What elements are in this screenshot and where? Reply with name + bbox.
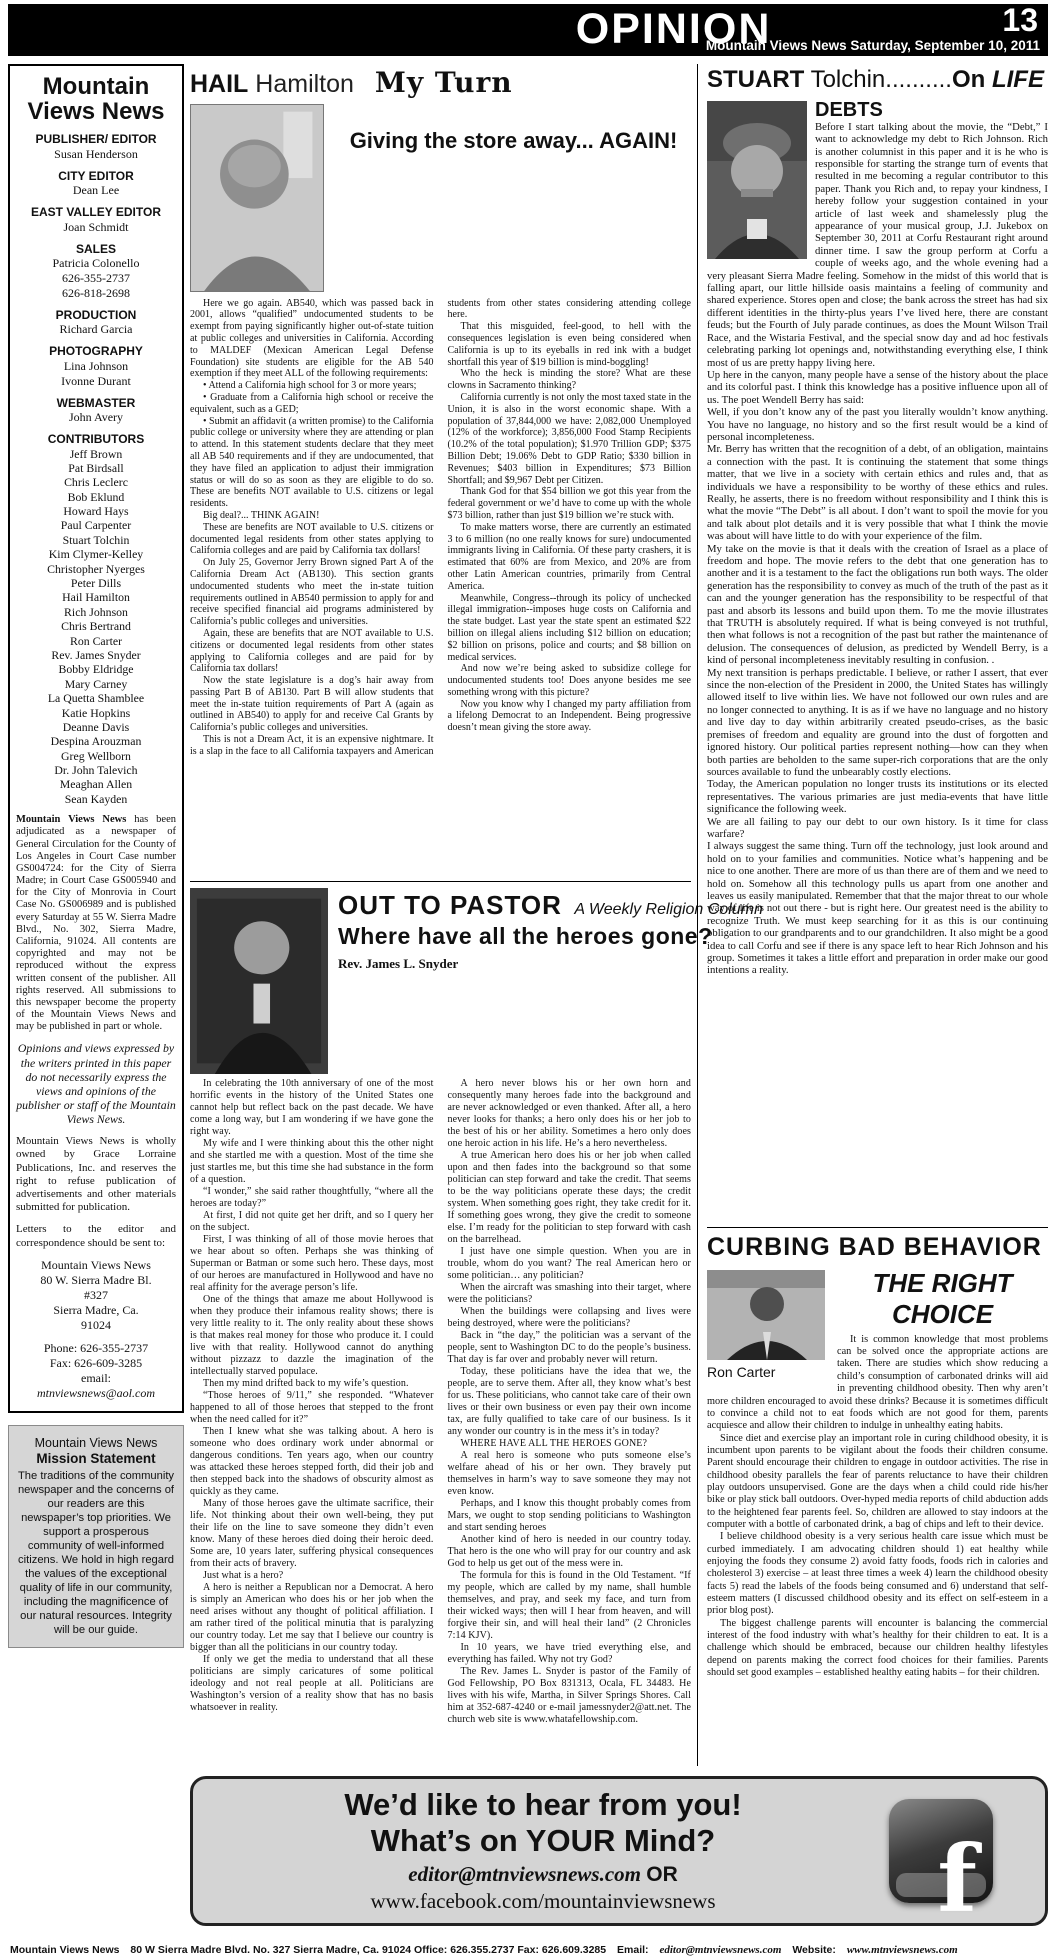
paragraph: La Quetta Shamblee [16,691,176,705]
columns-row: HAIL Hamilton My Turn [190,64,1048,1766]
paragraph: Dean Lee [16,183,176,198]
paragraph: Peter Dills [16,576,176,590]
sidebar: Mountain Views News PUBLISHER/ EDITOR Su… [8,64,184,1926]
paragraph: Greg Wellborn [16,749,176,763]
my-turn-header: Giving the store away... AGAIN! [190,104,691,292]
staff-role: CONTRIBUTORS [16,432,176,446]
paragraph: Chris Bertrand [16,619,176,633]
portrait-placeholder [707,101,807,259]
paragraph: I believe childhood obesity is a very se… [707,1531,1048,1617]
paragraph: Sean Kayden [16,792,176,806]
paragraph: In 10 years, we have tried everything el… [448,1642,692,1666]
staff-names: Dean Lee [16,183,176,198]
newspaper-page: OPINION 13 Mountain Views News Saturday,… [0,0,1056,1958]
paragraph: That this misguided, feel-good, to hell … [448,321,692,368]
paragraph: Rev. James Snyder [16,648,176,662]
opinions-disclaimer: Opinions and views expressed by the writ… [16,1041,176,1126]
ron-carter-photo-block: Ron Carter [707,1270,827,1380]
paragraph: I always suggest the same thing. Turn of… [707,840,1048,976]
paragraph: Meaghan Allen [16,777,176,791]
paragraph: Now the state legislature is a dog’s hai… [190,675,434,734]
paragraph: Dr. John Talevich [16,763,176,777]
article-my-turn: HAIL Hamilton My Turn [190,66,691,873]
paragraph: Despina Arouzman [16,734,176,748]
mission-body: The traditions of the community newspape… [16,1469,176,1637]
paragraph: Today, these politicians have the idea t… [448,1366,692,1438]
footer-website-label: Website: [792,1944,836,1956]
staff-role: PUBLISHER/ EDITOR [16,132,176,146]
paragraph: California currently is not only the mos… [448,392,692,486]
mission-title: Mountain Views News [16,1436,176,1451]
paragraph: Richard Garcia [16,322,176,337]
paragraph: In celebrating the 10th anniversary of o… [190,1078,434,1138]
paragraph: My take on the movie is that it deals wi… [707,543,1048,667]
legal-text: Mountain Views News has been adjudicated… [16,814,176,1033]
facebook-f-glyph: f [937,1833,977,1925]
paragraph: Phone: 626-355-2737 [16,1341,176,1356]
paragraph: Mountain Views News [16,1258,176,1273]
paragraph: Deanne Davis [16,720,176,734]
photo-caption: Ron Carter [707,1364,827,1380]
right-column: STUART Tolchin..........On LIFE [697,64,1048,1766]
paragraph: Just what is a hero? [190,1570,434,1582]
paragraph: John Avery [16,410,176,425]
banner-or: OR [646,1863,678,1886]
banner-text: We’d like to hear from you! What’s on YO… [263,1787,823,1914]
paragraph: Since diet and exercise play an importan… [707,1433,1048,1532]
paragraph: The formula for this is found in the Old… [448,1570,692,1642]
page-header: OPINION 13 Mountain Views News Saturday,… [8,4,1048,56]
paragraph: My wife and I were thinking about this t… [190,1138,434,1186]
banner-line2: What’s on YOUR Mind? [263,1823,823,1859]
paragraph: Kim Clymer-Kelley [16,547,176,561]
paragraph: #327 [16,1288,176,1303]
paragraph: Susan Henderson [16,147,176,162]
staff-section-contributors: CONTRIBUTORS Jeff BrownPat BirdsallChris… [16,432,176,806]
staff-section-webmaster: WEBMASTER John Avery [16,396,176,425]
banner-facebook-url: www.facebook.com/mountainviewsnews [263,1889,823,1914]
paragraph: Patricia Colonello [16,256,176,271]
paragraph: Back in “the day,” the politician was a … [448,1330,692,1366]
page-footer: Mountain Views News 80 W Sierra Madre Bl… [10,1944,1046,1956]
staff-names: Jeff BrownPat BirdsallChris LeclercBob E… [16,447,176,807]
paragraph: Well, if you don’t know any of the past … [707,406,1048,443]
paragraph: Rich Johnson [16,605,176,619]
my-turn-headline: Giving the store away... AGAIN! [336,128,691,154]
footer-email-label: Email: [617,1944,649,1956]
paragraph: Then I knew what she was talking about. … [190,1426,434,1498]
staff-role: PRODUCTION [16,308,176,322]
paragraph: One of the things that amaze me about Ho… [190,1294,434,1378]
paragraph: The biggest challenge parents will encou… [707,1618,1048,1680]
staff-names: Patricia Colonello626-355-2737626-818-26… [16,256,176,301]
ron-carter-photo [707,1270,825,1360]
paragraph: To make matters worse, there are current… [448,522,692,593]
portrait-placeholder [707,1270,825,1360]
feedback-banner: We’d like to hear from you! What’s on YO… [190,1776,1048,1926]
article-out-to-pastor: OUT TO PASTOR A Weekly Religion Column W… [190,881,691,1766]
kicker-first-name: HAIL [190,70,248,98]
paragraph: On July 25, Governor Jerry Brown signed … [190,557,434,628]
paragraph: A true American hero does his or her job… [448,1150,692,1246]
staff-section-photography: PHOTOGRAPHY Lina JohnsonIvonne Durant [16,344,176,388]
staff-names: Lina JohnsonIvonne Durant [16,359,176,389]
paragraph: My next transition is perhaps predictabl… [707,667,1048,779]
staff-section-sales: SALES Patricia Colonello626-355-2737626-… [16,242,176,301]
paragraph: Another kind of hero is needed in our co… [448,1534,692,1570]
paragraph: Big deal?... THINK AGAIN! [190,510,434,522]
kicker-last-name-dots: Tolchin.......... [804,66,952,93]
paragraph: Mary Carney [16,677,176,691]
pastor-column-name: OUT TO PASTOR [338,890,562,920]
paragraph: “Those heroes of 9/11,” she responded. “… [190,1390,434,1426]
banner-line1: We’d like to hear from you! [263,1787,823,1823]
banner-email-line: editor@mtnviewsnews.com OR [263,1862,823,1887]
legal-lead: Mountain Views News [16,814,126,825]
paragraph: Stuart Tolchin [16,533,176,547]
paragraph: Howard Hays [16,504,176,518]
paragraph: A hero never blows his or her own horn a… [448,1078,692,1150]
paragraph: A real hero is someone who puts someone … [448,1450,692,1498]
staff-role: CITY EDITOR [16,169,176,183]
paragraph: First, I was thinking of all of those mo… [190,1234,434,1294]
paragraph: Mr. Berry has written that the recogniti… [707,443,1048,542]
article-on-life: STUART Tolchin..........On LIFE [707,66,1048,1217]
mission-statement-box: Mountain Views News Mission Statement Th… [8,1425,184,1648]
footer-address: 80 W Sierra Madre Blvd. No. 327 Sierra M… [130,1944,606,1956]
paragraph: When the aircraft was smashing into thei… [448,1282,692,1306]
facebook-icon: f [889,1799,993,1903]
paragraph: Now you know why I changed my party affi… [448,699,692,734]
paragraph: WHERE HAVE ALL THE HEROES GONE? [448,1438,692,1450]
mission-subtitle: Mission Statement [16,1451,176,1468]
portrait-placeholder [190,888,328,1074]
paragraph: 626-355-2737 [16,271,176,286]
paragraph: mtnviewsnews@aol.com [16,1386,176,1401]
paragraph: The Rev. James L. Snyder is pastor of th… [448,1666,692,1726]
paragraph: Then my mind drifted back to my wife’s q… [190,1378,434,1390]
paragraph: Today, the American population no longer… [707,778,1048,815]
staff-names: Susan Henderson [16,147,176,162]
paragraph: We are all failing to pay our debt to ou… [707,816,1048,841]
stuart-tolchin-photo [707,101,807,259]
letters-note: Letters to the editor and correspondence… [16,1223,176,1249]
paragraph: Christopher Nyerges [16,562,176,576]
my-turn-headline-area: Giving the store away... AGAIN! [324,104,691,154]
paragraph: Who the heck is minding the store? What … [448,368,692,392]
contact-block: Phone: 626-355-2737Fax: 626-609-3285emai… [16,1341,176,1401]
staff-role: SALES [16,242,176,256]
paragraph: Ivonne Durant [16,374,176,389]
on-life-kicker: STUART Tolchin..........On LIFE [707,66,1048,95]
staff-names: John Avery [16,410,176,425]
staff-role: WEBMASTER [16,396,176,410]
paragraph: And now we’re being asked to subsidize c… [448,663,692,698]
staff-section-east-valley-editor: EAST VALLEY EDITOR Joan Schmidt [16,205,176,234]
masthead-title: Mountain Views News [16,74,176,124]
paragraph: Chris Leclerc [16,475,176,489]
paragraph: Lina Johnson [16,359,176,374]
paragraph: 91024 [16,1318,176,1333]
staff-role: PHOTOGRAPHY [16,344,176,358]
paragraph: Up here in the canyon, many people have … [707,369,1048,406]
paragraph: “I wonder,” she said rather thoughtfully… [190,1186,434,1210]
paragraph: Meanwhile, Congress--through its policy … [448,593,692,664]
paragraph: Katie Hopkins [16,706,176,720]
staff-section-production: PRODUCTION Richard Garcia [16,308,176,337]
paragraph: 80 W. Sierra Madre Bl. [16,1273,176,1288]
paragraph: Fax: 626-609-3285 [16,1356,176,1371]
ownership-note: Mountain Views News is wholly owned by G… [16,1135,176,1214]
paragraph: Jeff Brown [16,447,176,461]
paragraph: Ron Carter [16,634,176,648]
address-block: Mountain Views News80 W. Sierra Madre Bl… [16,1258,176,1333]
paragraph: Bobby Eldridge [16,662,176,676]
paragraph: At first, I did not quite get her drift,… [190,1210,434,1234]
curbing-kicker: CURBING BAD BEHAVIOR [707,1233,1048,1262]
legal-rest: has been adjudicated as a newspaper of G… [16,814,176,1032]
masthead-box: Mountain Views News PUBLISHER/ EDITOR Su… [8,64,184,1413]
staff-section-publisher: PUBLISHER/ EDITOR Susan Henderson [16,132,176,161]
paragraph: • Attend a California high school for 3 … [190,380,434,392]
pastor-header: OUT TO PASTOR A Weekly Religion Column W… [190,888,691,1074]
staff-role: EAST VALLEY EDITOR [16,205,176,219]
paragraph: Here we go again. AB540, which was passe… [190,298,434,381]
kicker-life: LIFE [992,66,1044,93]
paragraph: 626-818-2698 [16,286,176,301]
kicker-on: On [952,66,985,93]
content-area: HAIL Hamilton My Turn [190,64,1048,1926]
my-turn-body: Here we go again. AB540, which was passe… [190,298,691,873]
james-snyder-photo [190,888,328,1074]
footer-website: www.mtnviewsnews.com [847,1944,958,1956]
paragraph: Paul Carpenter [16,518,176,532]
portrait-placeholder [191,105,323,291]
middle-column: HAIL Hamilton My Turn [190,64,697,1766]
curbing-bodywrap: Ron Carter THE RIGHT CHOICE It is common… [707,1268,1048,1746]
on-life-bodywrap: DEBTS Before I start talking about the m… [707,99,1048,1217]
paragraph: Bob Eklund [16,490,176,504]
footer-paper-name: Mountain Views News [10,1944,120,1956]
paragraph: email: [16,1371,176,1386]
paragraph: Hail Hamilton [16,590,176,604]
footer-email: editor@mtnviewsnews.com [659,1944,781,1956]
paragraph: Sierra Madre, Ca. [16,1303,176,1318]
staff-section-city-editor: CITY EDITOR Dean Lee [16,169,176,198]
paragraph: Many of those heroes gave the ultimate s… [190,1498,434,1570]
staff-names: Joan Schmidt [16,220,176,235]
pastor-body: In celebrating the 10th anniversary of o… [190,1078,691,1766]
paragraph: If only we get the media to understand t… [190,1654,434,1714]
my-turn-kicker: HAIL Hamilton My Turn [190,66,691,100]
staff-names: Richard Garcia [16,322,176,337]
page-number: 13 [1002,2,1038,39]
curbing-body: It is common knowledge that most problem… [707,1334,1048,1680]
hail-hamilton-photo [190,104,324,292]
paragraph: I just have one simple question. When yo… [448,1246,692,1282]
paragraph: A hero is neither a Republican nor a Dem… [190,1582,434,1654]
paragraph: Pat Birdsall [16,461,176,475]
paragraph: Joan Schmidt [16,220,176,235]
paragraph: • Graduate from a California high school… [190,392,434,416]
column-title: My Turn [375,66,513,99]
paragraph: Perhaps, and I know this thought probabl… [448,1498,692,1534]
paragraph: Thank God for that $54 billion we got th… [448,486,692,521]
banner-email: editor@mtnviewsnews.com [408,1862,641,1886]
dateline: Mountain Views News Saturday, September … [706,38,1040,53]
paragraph: Again, these are benefits that are NOT a… [190,628,434,675]
kicker-last-name: Hamilton [255,70,354,98]
paragraph: When the buildings were collapsing and l… [448,1306,692,1330]
paragraph: • Submit an affidavit (a written promise… [190,416,434,510]
article-curbing-bad-behavior: CURBING BAD BEHAVIOR [707,1227,1048,1746]
main-area: Mountain Views News PUBLISHER/ EDITOR Su… [8,64,1048,1926]
paragraph: These are benefits are NOT available to … [190,522,434,557]
kicker-first-name: STUART [707,66,804,93]
